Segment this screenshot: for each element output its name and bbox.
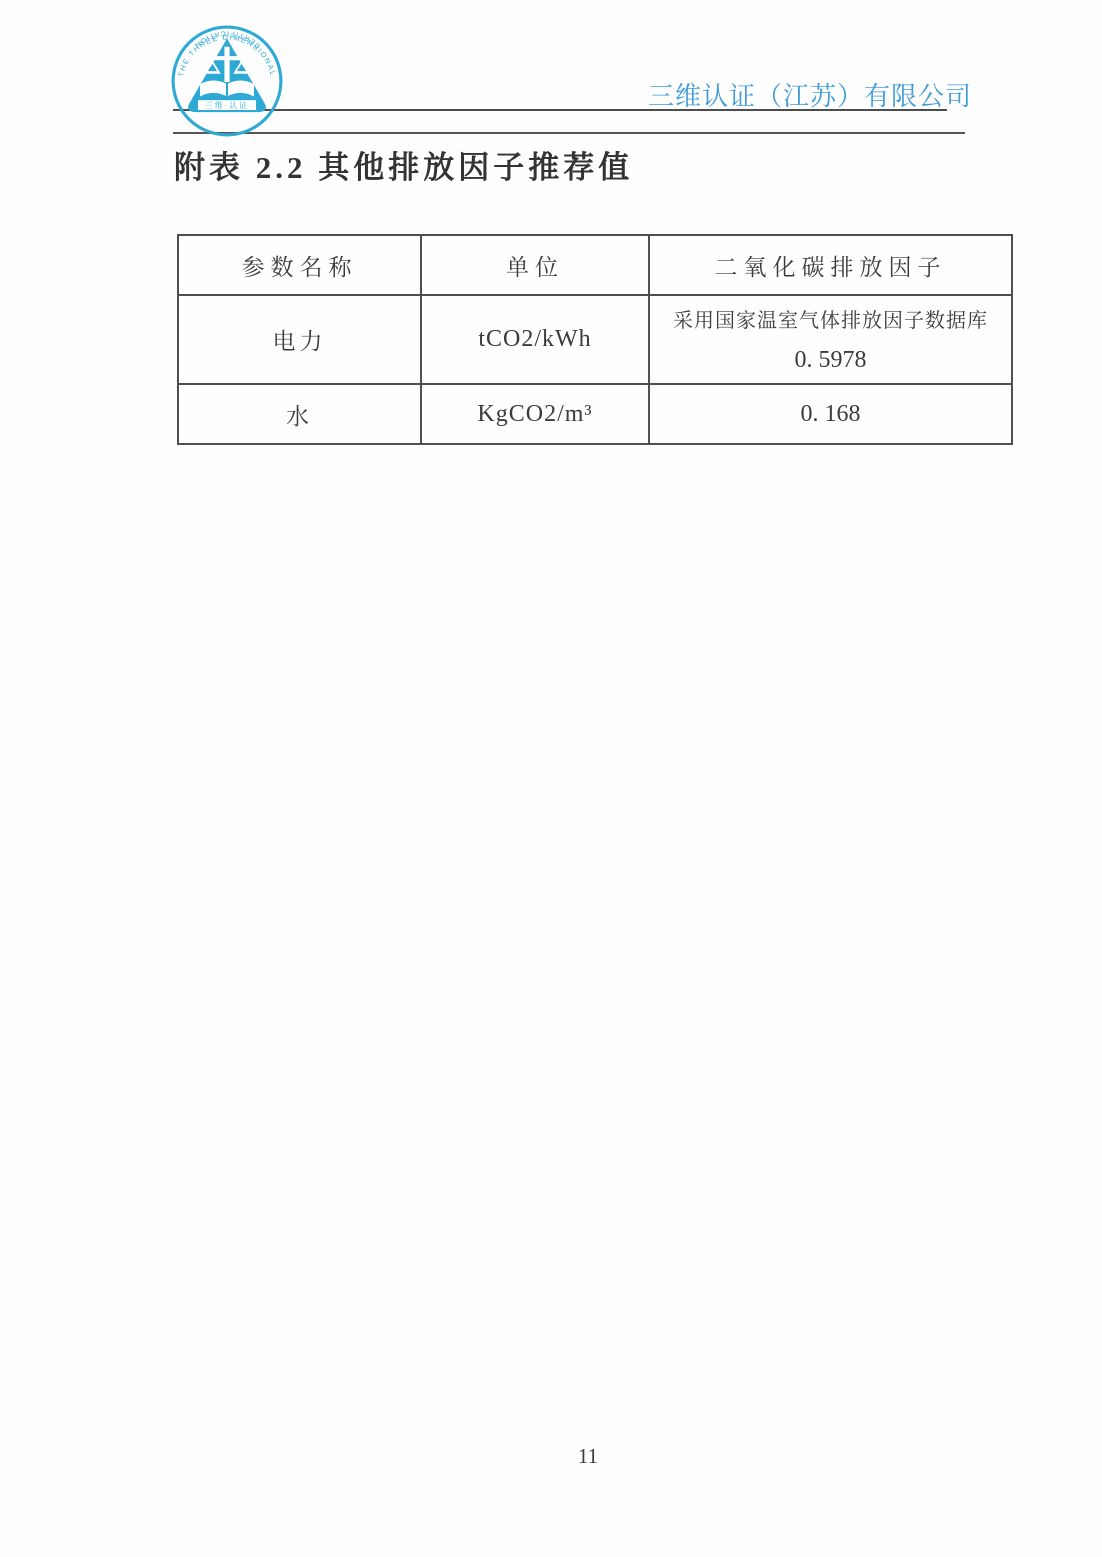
- table-row: 水 KgCO2/m³ 0. 168: [178, 384, 1012, 444]
- table-row: 电力 tCO2/kWh 采用国家温室气体排放因子数据库 0. 5978: [178, 295, 1012, 384]
- emission-factor-table: 参数名称 单位 二氧化碳排放因子 电力 tCO2/kWh 采用国家温室气体排放因…: [177, 234, 1013, 445]
- factor-electricity: 采用国家温室气体排放因子数据库 0. 5978: [649, 295, 1012, 384]
- page-number: 11: [563, 1444, 613, 1469]
- factor-value: 0. 5978: [650, 347, 1011, 374]
- column-header-parameter: 参数名称: [178, 235, 421, 295]
- unit-electricity: tCO2/kWh: [421, 295, 649, 384]
- factor-source-note: 采用国家温室气体排放因子数据库: [650, 308, 1011, 335]
- unit-water: KgCO2/m³: [421, 384, 649, 444]
- company-logo: THE THREE DIMENSIONAL CERTIFICATION 三维·认…: [170, 24, 284, 138]
- header-rule-bottom: [173, 132, 965, 134]
- logo-inner-label: 三维·认证: [205, 100, 249, 110]
- param-water: 水: [178, 384, 421, 444]
- table-header-row: 参数名称 单位 二氧化碳排放因子: [178, 235, 1012, 295]
- page-title: 附表 2.2 其他排放因子推荐值: [174, 142, 633, 187]
- factor-water: 0. 168: [649, 384, 1012, 444]
- company-name: 三维认证（江苏）有限公司: [648, 76, 948, 113]
- column-header-co2-factor: 二氧化碳排放因子: [649, 235, 1012, 295]
- param-electricity: 电力: [178, 295, 421, 384]
- column-header-unit: 单位: [421, 235, 649, 295]
